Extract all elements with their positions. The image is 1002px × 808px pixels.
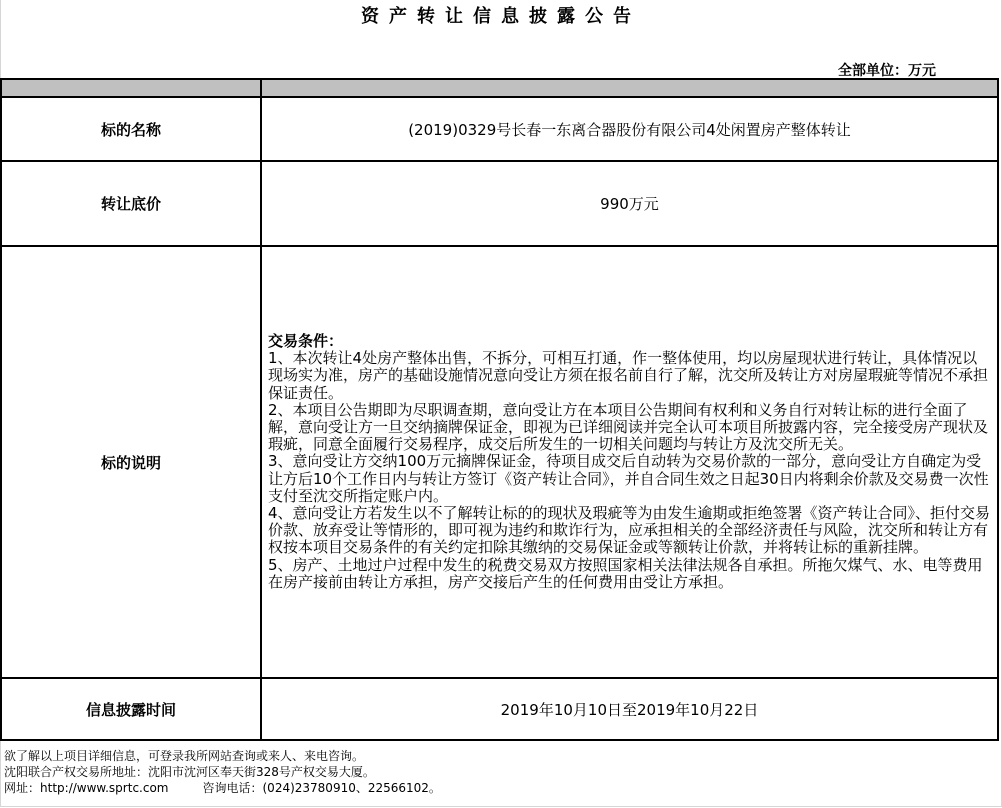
footer-address: 沈阳联合产权交易所地址：沈阳市沈河区奉天街328号产权交易大厦。 (4, 764, 441, 780)
table-row-disclosure-period: 信息披露时间 2019年10月10日至2019年10月22日 (1, 678, 998, 740)
phone-label: 咨询电话： (202, 781, 262, 795)
table-row-reserve-price: 转让底价 990万元 (1, 161, 998, 246)
condition-item-5: 5、房产、土地过户过程中发生的税费交易双方按照国家相关法律法规各自承担。所拖欠煤… (268, 557, 991, 591)
document-title: 资产转让信息披露公告 (0, 2, 1002, 28)
disclosure-table: 标的名称 (2019)0329号长春一东离合器股份有限公司4处闲置房产整体转让 … (0, 78, 999, 741)
reserve-price-value: 990万元 (261, 161, 998, 246)
footer-contact-line: 网址：http://www.sprtc.com咨询电话：(024)2378091… (4, 780, 441, 796)
header-cell-label (1, 79, 261, 97)
footer: 欲了解以上项目详细信息，可登录我所网站查询或来人、来电咨询。 沈阳联合产权交易所… (4, 748, 441, 796)
reserve-price-label: 转让底价 (1, 161, 261, 246)
footer-inquiry-note: 欲了解以上项目详细信息，可登录我所网站查询或来人、来电咨询。 (4, 748, 441, 764)
disclosure-period-value: 2019年10月10日至2019年10月22日 (261, 678, 998, 740)
condition-item-3: 3、意向受让方交纳100万元摘牌保证金，待项目成交后自动转为交易价款的一部分，意… (268, 453, 991, 505)
subject-description-value: 交易条件： 1、本次转让4处房产整体出售，不拆分，可相互打通，作一整体使用，均以… (261, 246, 998, 678)
condition-item-2: 2、本项目公告期即为尽职调查期，意向受让方在本项目公告期间有权利和义务自行对转让… (268, 402, 991, 454)
table-row-subject-description: 标的说明 交易条件： 1、本次转让4处房产整体出售，不拆分，可相互打通，作一整体… (1, 246, 998, 678)
table-header-row (1, 79, 998, 97)
unit-label: 全部单位：万元 (838, 60, 936, 80)
condition-item-4: 4、意向受让方若发生以不了解转让标的的现状及瑕疵等为由发生逾期或拒绝签署《资产转… (268, 505, 991, 557)
trade-conditions-heading: 交易条件： (268, 333, 991, 350)
website-link[interactable]: http://www.sprtc.com (40, 781, 168, 795)
table-row-subject-name: 标的名称 (2019)0329号长春一东离合器股份有限公司4处闲置房产整体转让 (1, 97, 998, 161)
disclosure-period-label: 信息披露时间 (1, 678, 261, 740)
header-cell-value (261, 79, 998, 97)
subject-name-label: 标的名称 (1, 97, 261, 161)
condition-item-1: 1、本次转让4处房产整体出售，不拆分，可相互打通，作一整体使用，均以房屋现状进行… (268, 350, 991, 402)
subject-name-value: (2019)0329号长春一东离合器股份有限公司4处闲置房产整体转让 (261, 97, 998, 161)
website-label: 网址： (4, 781, 40, 795)
subject-description-label: 标的说明 (1, 246, 261, 678)
phone-number: (024)23780910、22566102。 (263, 781, 441, 795)
